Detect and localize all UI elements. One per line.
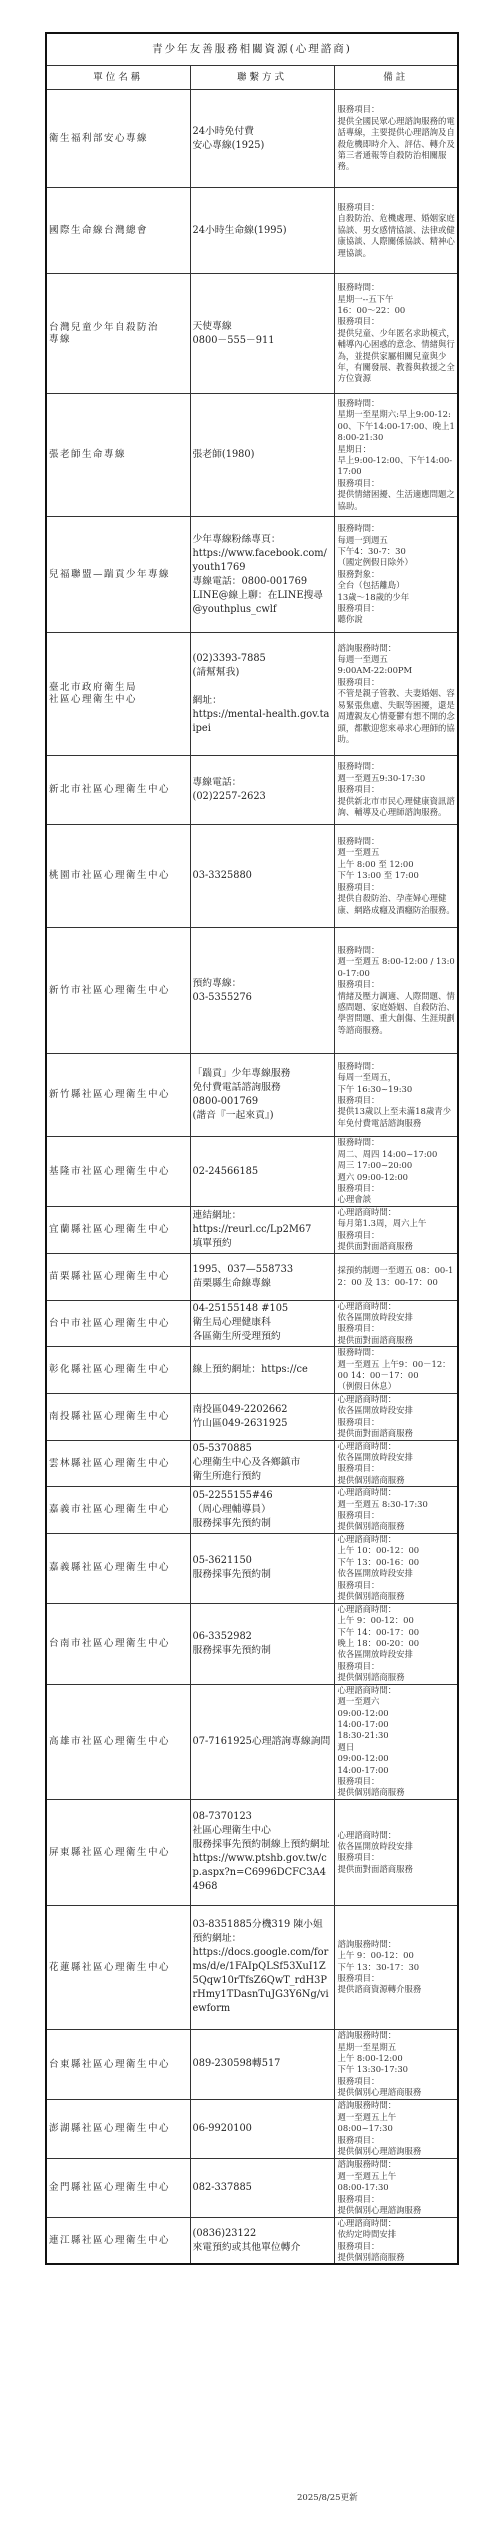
- header-row: 單位名稱 聯繫方式 備註: [46, 66, 458, 90]
- contact-info: 少年專線粉絲專頁： https://www.facebook.com/youth…: [190, 517, 334, 633]
- table-row: 新竹市社區心理衛生中心預約專線： 03-5355276服務時間： 週一至週五 8…: [46, 928, 458, 1054]
- table-title: 青少年友善服務相關資源(心理諮商): [46, 33, 458, 66]
- table-row: 嘉義市社區心理衛生中心05-2255155#46 （周心理輔導員） 服務採事先預…: [46, 1487, 458, 1534]
- table-row: 桃園市社區心理衛生中心03-3325880服務時間： 週一至週五 上午 8:00…: [46, 825, 458, 928]
- contact-info: 連結網址： https://reurl.cc/Lp2M67 填單預約: [190, 1207, 334, 1254]
- table-row: 新北市社區心理衛生中心專線電話： (02)2257-2623服務時間： 週一至週…: [46, 756, 458, 825]
- remarks: 心理諮商時間： 每月第1.3周，周六上午 服務項目： 提供面對面諮商服務: [334, 1207, 458, 1254]
- remarks: 心理諮商時間： 週一至週五 8:30-17:30 服務項目： 提供個別諮商服務: [334, 1487, 458, 1534]
- remarks: 服務時間： 周二、周四 14:00~17:00 周三 17:00~20:00 週…: [334, 1137, 458, 1207]
- remarks: 心理諮商時間： 週一至週六 09:00-12:00 14:00-17:00 18…: [334, 1684, 458, 1799]
- unit-name: 嘉義縣社區心理衛生中心: [46, 1533, 190, 1603]
- table-row: 兒福聯盟—踹貢少年專線少年專線粉絲專頁： https://www.faceboo…: [46, 517, 458, 633]
- header-contact: 聯繫方式: [190, 66, 334, 90]
- contact-info: 07-7161925心理諮詢專線詢問: [190, 1684, 334, 1799]
- contact-info: 08-7370123 社區心理衛生中心 服務採事先預約制線上預約網址 https…: [190, 1799, 334, 1905]
- remarks: 服務時間： 每週一到週五 下午4：30-7：30 （國定例假日除外） 服務對象：…: [334, 517, 458, 633]
- table-body: 衛生福利部安心專線24小時免付費 安心專線(1925)服務項目： 提供全國民眾心…: [46, 90, 458, 2265]
- table-row: 臺北市政府衛生局 社區心理衛生中心(02)3393-7885 (請幫幫我) 網址…: [46, 633, 458, 756]
- table-row: 台南市社區心理衛生中心06-3352982 服務採事先預約制心理諮商時間： 上午…: [46, 1603, 458, 1684]
- contact-info: 082-337885: [190, 2158, 334, 2217]
- contact-info: 03-8351885分機319 陳小姐 預約網址： https://docs.g…: [190, 1905, 334, 2029]
- table-row: 高雄市社區心理衛生中心07-7161925心理諮詢專線詢問心理諮商時間： 週一至…: [46, 1684, 458, 1799]
- unit-name: 兒福聯盟—踹貢少年專線: [46, 517, 190, 633]
- remarks: 心理諮商時間： 依各區開放時段安排 服務項目： 提供面對面諮商服務: [334, 1300, 458, 1347]
- table-row: 金門縣社區心理衛生中心082-337885諮詢服務時間： 週一至週五上午 08:…: [46, 2158, 458, 2217]
- contact-info: 04-25155148 #105 衛生局心理健康科 各區衛生所受理預約: [190, 1300, 334, 1347]
- update-date: 2025/8/25更新: [297, 2491, 358, 2503]
- contact-info: 06-3352982 服務採事先預約制: [190, 1603, 334, 1684]
- table-row: 花蓮縣社區心理衛生中心03-8351885分機319 陳小姐 預約網址： htt…: [46, 1905, 458, 2029]
- contact-info: 05-5370885 心理衛生中心及各鄉鎮市 衛生所進行預約: [190, 1440, 334, 1487]
- table-row: 台灣兒童少年自殺防治 專線天使專線 0800－555－911服務時間： 星期一-…: [46, 274, 458, 394]
- contact-info: 089-230598轉517: [190, 2029, 334, 2099]
- table-row: 嘉義縣社區心理衛生中心05-3621150 服務採事先預約制心理諮商時間： 上午…: [46, 1533, 458, 1603]
- remarks: 服務時間： 星期一至星期六:早上9:00-12:00、下午14:00-17:00…: [334, 394, 458, 517]
- unit-name: 台中市社區心理衛生中心: [46, 1300, 190, 1347]
- table-row: 基隆市社區心理衛生中心02-24566185服務時間： 周二、周四 14:00~…: [46, 1137, 458, 1207]
- unit-name: 台南市社區心理衛生中心: [46, 1603, 190, 1684]
- unit-name: 台灣兒童少年自殺防治 專線: [46, 274, 190, 394]
- remarks: 採預約制週一至週五 08：00-12：00 及 13：00-17：00: [334, 1253, 458, 1300]
- remarks: 服務時間： 每周一至周五， 下午 16:30~19:30 服務項目： 提供13歲…: [334, 1054, 458, 1137]
- unit-name: 連江縣社區心理衛生中心: [46, 2217, 190, 2264]
- unit-name: 宜蘭縣社區心理衛生中心: [46, 1207, 190, 1254]
- unit-name: 花蓮縣社區心理衛生中心: [46, 1905, 190, 2029]
- unit-name: 高雄市社區心理衛生中心: [46, 1684, 190, 1799]
- remarks: 心理諮商時間： 上午 9：00-12：00 下午 14：00-17：00 晚上 …: [334, 1603, 458, 1684]
- table-row: 雲林縣社區心理衛生中心05-5370885 心理衛生中心及各鄉鎮市 衛生所進行預…: [46, 1440, 458, 1487]
- table-row: 屏東縣社區心理衛生中心08-7370123 社區心理衛生中心 服務採事先預約制線…: [46, 1799, 458, 1905]
- contact-info: 天使專線 0800－555－911: [190, 274, 334, 394]
- table-row: 國際生命線台灣總會24小時生命線(1995)服務項目： 自殺防治、危機處理、婚姻…: [46, 188, 458, 274]
- remarks: 諮詢服務時間： 每週一至週五 9:00AM-22:00PM 服務項目： 不管是親…: [334, 633, 458, 756]
- unit-name: 桃園市社區心理衛生中心: [46, 825, 190, 928]
- unit-name: 台東縣社區心理衛生中心: [46, 2029, 190, 2099]
- table-row: 南投縣社區心理衛生中心南投區049-2202662 竹山區049-2631925…: [46, 1393, 458, 1440]
- unit-name: 國際生命線台灣總會: [46, 188, 190, 274]
- unit-name: 苗栗縣社區心理衛生中心: [46, 1253, 190, 1300]
- remarks: 服務時間： 週一至週五 8:00-12:00 / 13:00-17:00 服務項…: [334, 928, 458, 1054]
- table-row: 澎湖縣社區心理衛生中心06-9920100諮詢服務時間： 週一至週五上午 08:…: [46, 2099, 458, 2158]
- title-row: 青少年友善服務相關資源(心理諮商): [46, 33, 458, 66]
- remarks: 服務時間： 週一至週五9:30-17:30 服務項目： 提供新北市市民心理健康資…: [334, 756, 458, 825]
- table-row: 衛生福利部安心專線24小時免付費 安心專線(1925)服務項目： 提供全國民眾心…: [46, 90, 458, 188]
- header-note: 備註: [334, 66, 458, 90]
- table-row: 台東縣社區心理衛生中心089-230598轉517諮詢服務時間： 星期一至星期五…: [46, 2029, 458, 2099]
- contact-info: 03-3325880: [190, 825, 334, 928]
- remarks: 心理諮商時間： 依各區開放時段安排 服務項目： 提供面對面諮商服務: [334, 1393, 458, 1440]
- remarks: 心理諮商時間： 依各區開放時段安排 服務項目： 提供個別諮商服務: [334, 1440, 458, 1487]
- contact-info: (02)3393-7885 (請幫幫我) 網址： https://mental-…: [190, 633, 334, 756]
- contact-info: 1995、037—558733 苗栗縣生命線專線: [190, 1253, 334, 1300]
- header-name: 單位名稱: [46, 66, 190, 90]
- contact-info: 05-3621150 服務採事先預約制: [190, 1533, 334, 1603]
- unit-name: 基隆市社區心理衛生中心: [46, 1137, 190, 1207]
- contact-info: 05-2255155#46 （周心理輔導員） 服務採事先預約制: [190, 1487, 334, 1534]
- remarks: 諮詢服務時間： 上午 9：00-12：00 下午 13：30-17：30 服務項…: [334, 1905, 458, 2029]
- unit-name: 南投縣社區心理衛生中心: [46, 1393, 190, 1440]
- unit-name: 雲林縣社區心理衛生中心: [46, 1440, 190, 1487]
- unit-name: 彰化縣社區心理衛生中心: [46, 1347, 190, 1394]
- unit-name: 屏東縣社區心理衛生中心: [46, 1799, 190, 1905]
- contact-info: 02-24566185: [190, 1137, 334, 1207]
- contact-info: 線上預約網址：https://ce: [190, 1347, 334, 1394]
- unit-name: 新竹縣社區心理衛生中心: [46, 1054, 190, 1137]
- unit-name: 金門縣社區心理衛生中心: [46, 2158, 190, 2217]
- unit-name: 新北市社區心理衛生中心: [46, 756, 190, 825]
- table-row: 新竹縣社區心理衛生中心「踹貢」少年專線服務 免付費電話諮詢服務 0800-001…: [46, 1054, 458, 1137]
- contact-info: 24小時生命線(1995): [190, 188, 334, 274]
- remarks: 心理諮商時間： 上午 10：00-12：00 下午 13：00-16：00 依各…: [334, 1533, 458, 1603]
- contact-info: 南投區049-2202662 竹山區049-2631925: [190, 1393, 334, 1440]
- table-row: 張老師生命專線張老師(1980)服務時間： 星期一至星期六:早上9:00-12:…: [46, 394, 458, 517]
- resource-table: 青少年友善服務相關資源(心理諮商) 單位名稱 聯繫方式 備註 衛生福利部安心專線…: [45, 32, 459, 2265]
- remarks: 諮詢服務時間： 週一至週五上午 08:00~17:30 服務項目： 提供個別心理…: [334, 2099, 458, 2158]
- remarks: 心理諮商時間： 依約定時間安排 服務項目： 提供個別諮商服務: [334, 2217, 458, 2264]
- table-row: 連江縣社區心理衛生中心(0836)23122 來電預約或其他單位轉介心理諮商時間…: [46, 2217, 458, 2264]
- remarks: 心理諮商時間： 依各區開放時段安排 服務項目： 提供面對面諮商服務: [334, 1799, 458, 1905]
- remarks: 服務項目： 提供全國民眾心理諮詢服務的電話專線，主要提供心理諮詢及自殺危機即時介…: [334, 90, 458, 188]
- remarks: 服務時間： 週一至週五 上午9：00－12：00 14：00－17：00 （例假…: [334, 1347, 458, 1394]
- contact-info: 預約專線： 03-5355276: [190, 928, 334, 1054]
- contact-info: 專線電話： (02)2257-2623: [190, 756, 334, 825]
- table-row: 台中市社區心理衛生中心04-25155148 #105 衛生局心理健康科 各區衛…: [46, 1300, 458, 1347]
- remarks: 諮詢服務時間： 星期一至星期五 上午 8:00-12:00 下午 13:30-1…: [334, 2029, 458, 2099]
- contact-info: 24小時免付費 安心專線(1925): [190, 90, 334, 188]
- unit-name: 嘉義市社區心理衛生中心: [46, 1487, 190, 1534]
- contact-info: 「踹貢」少年專線服務 免付費電話諮詢服務 0800-001769 (諧音『一起來…: [190, 1054, 334, 1137]
- contact-info: 06-9920100: [190, 2099, 334, 2158]
- remarks: 服務時間： 週一至週五 上午 8:00 至 12:00 下午 13:00 至 1…: [334, 825, 458, 928]
- remarks: 諮詢服務時間： 週一至週五上午 08:00-17:30 服務項目： 提供個別心理…: [334, 2158, 458, 2217]
- table-row: 彰化縣社區心理衛生中心線上預約網址：https://ce服務時間： 週一至週五 …: [46, 1347, 458, 1394]
- unit-name: 澎湖縣社區心理衛生中心: [46, 2099, 190, 2158]
- unit-name: 衛生福利部安心專線: [46, 90, 190, 188]
- resource-document: 青少年友善服務相關資源(心理諮商) 單位名稱 聯繫方式 備註 衛生福利部安心專線…: [45, 32, 459, 2265]
- contact-info: (0836)23122 來電預約或其他單位轉介: [190, 2217, 334, 2264]
- contact-info: 張老師(1980): [190, 394, 334, 517]
- table-row: 宜蘭縣社區心理衛生中心連結網址： https://reurl.cc/Lp2M67…: [46, 1207, 458, 1254]
- table-row: 苗栗縣社區心理衛生中心1995、037—558733 苗栗縣生命線專線採預約制週…: [46, 1253, 458, 1300]
- remarks: 服務項目： 自殺防治、危機處理、婚姻家庭協談、男女感情協談、法律或健康協談、人際…: [334, 188, 458, 274]
- unit-name: 臺北市政府衛生局 社區心理衛生中心: [46, 633, 190, 756]
- unit-name: 新竹市社區心理衛生中心: [46, 928, 190, 1054]
- unit-name: 張老師生命專線: [46, 394, 190, 517]
- remarks: 服務時間： 星期一--五下午 16：00～22：00 服務項目： 提供兒童、少年…: [334, 274, 458, 394]
